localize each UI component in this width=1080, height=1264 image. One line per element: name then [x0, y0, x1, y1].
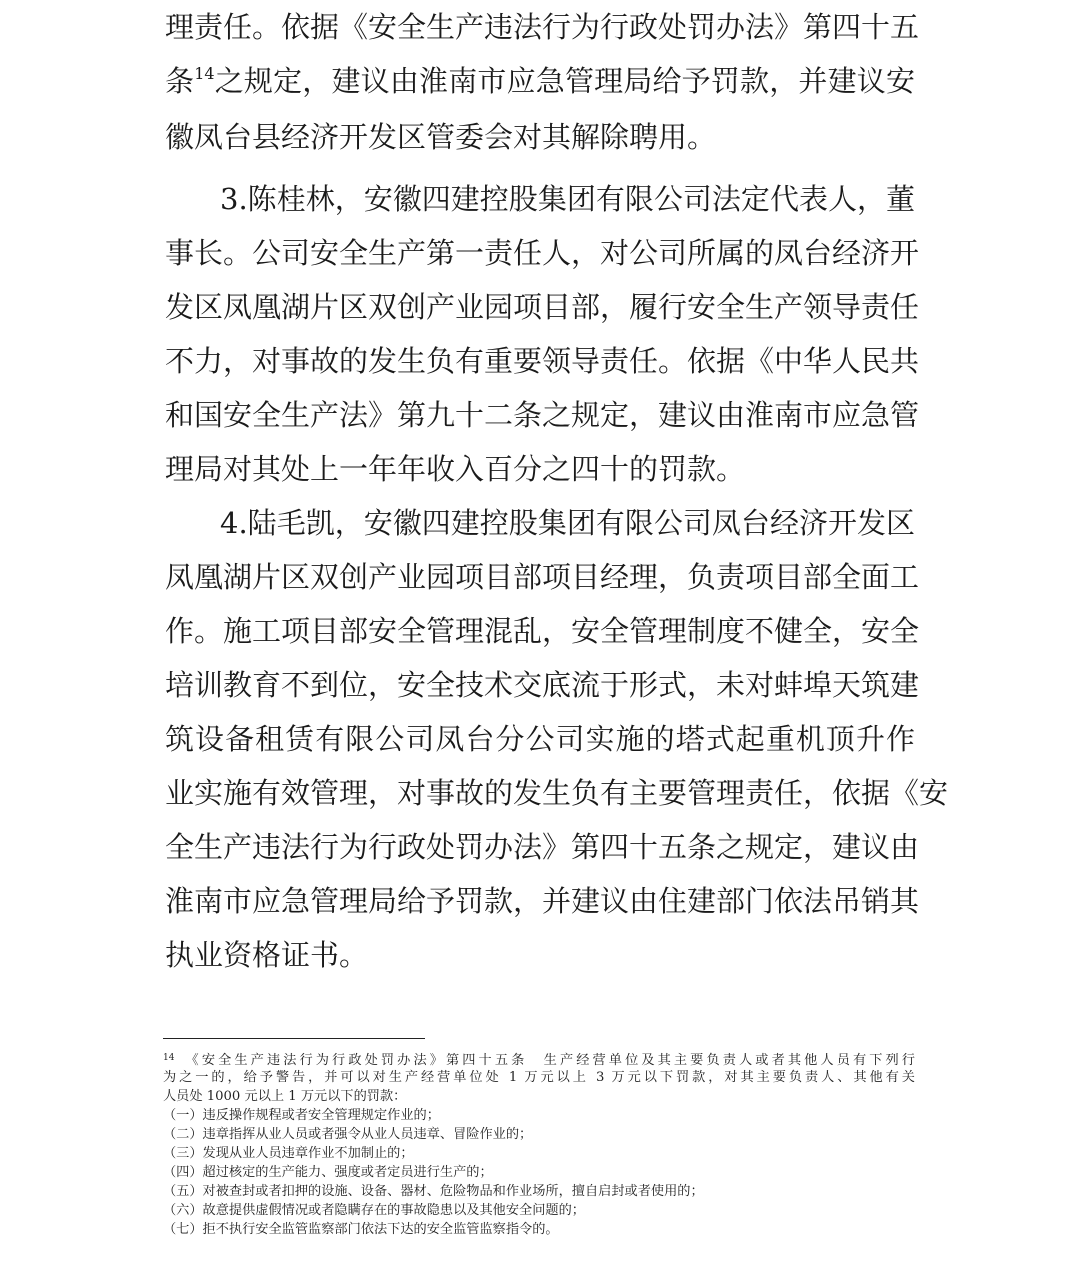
- footnote-item: （五）对被查封或者扣押的设施、设备、器材、危险物品和作业场所，擅自启封或者使用的…: [163, 1182, 915, 1201]
- footnote-item: （一）违反操作规程或者安全管理规定作业的；: [163, 1106, 915, 1125]
- body-line: 执业资格证书。: [165, 928, 915, 982]
- body-line: 培训教育不到位，安全技术交底流于形式，未对蚌埠天筑建: [165, 658, 915, 712]
- body-line: 和国安全生产法》第九十二条之规定，建议由淮南市应急管: [165, 388, 915, 442]
- body-line: 事长。公司安全生产第一责任人，对公司所属的凤台经济开: [165, 226, 915, 280]
- footnote-number: 14: [163, 1053, 174, 1063]
- footnote-divider: [163, 1038, 425, 1039]
- paragraph-4-start: 4.陆毛凯，安徽四建控股集团有限公司凤台经济开发区: [220, 496, 915, 550]
- footnote-line: 14《安全生产违法行为行政处罚办法》第四十五条 生产经营单位及其主要负责人或者其…: [163, 1049, 915, 1068]
- document-page: 理责任。依据《安全生产违法行为行政处罚办法》第四十五 条14之规定，建议由淮南市…: [0, 0, 1080, 1264]
- body-line: 徽凤台县经济开发区管委会对其解除聘用。: [165, 110, 915, 164]
- footnote-item: （二）违章指挥从业人员或者强令从业人员违章、冒险作业的；: [163, 1125, 915, 1144]
- body-line: 淮南市应急管理局给予罚款，并建议由住建部门依法吊销其: [165, 874, 915, 928]
- body-line: 业实施有效管理，对事故的发生负有主要管理责任，依据《安: [165, 766, 915, 820]
- body-line: 筑设备租赁有限公司凤台分公司实施的塔式起重机顶升作: [165, 712, 915, 766]
- body-line: 不力，对事故的发生负有重要领导责任。依据《中华人民共: [165, 334, 915, 388]
- body-line: 全生产违法行为行政处罚办法》第四十五条之规定，建议由: [165, 820, 915, 874]
- paragraph-3-start: 3.陈桂林，安徽四建控股集团有限公司法定代表人，董: [220, 172, 915, 226]
- footnote-text: 《安全生产违法行为行政处罚办法》第四十五条 生产经营单位及其主要负责人或者其他人…: [182, 1053, 915, 1068]
- footnote-reference[interactable]: 14: [194, 64, 214, 83]
- body-line: 条14之规定，建议由淮南市应急管理局给予罚款，并建议安: [165, 54, 915, 108]
- body-line: 理局对其处上一年年收入百分之四十的罚款。: [165, 442, 915, 496]
- body-line: 凤凰湖片区双创产业园项目部项目经理，负责项目部全面工: [165, 550, 915, 604]
- body-line: 理责任。依据《安全生产违法行为行政处罚办法》第四十五: [165, 0, 915, 54]
- footnote-item: （六）故意提供虚假情况或者隐瞒存在的事故隐患以及其他安全问题的；: [163, 1201, 915, 1220]
- footnote-line: 人员处 1000 元以上 1 万元以下的罚款：: [163, 1087, 915, 1106]
- body-line: 作。施工项目部安全管理混乱，安全管理制度不健全，安全: [165, 604, 915, 658]
- line-text: 条: [165, 64, 194, 98]
- line-text: 之规定，建议由淮南市应急管理局给予罚款，并建议安: [215, 64, 915, 98]
- footnote-item: （三）发现从业人员违章作业不加制止的；: [163, 1144, 915, 1163]
- footnote-item: （七）拒不执行安全监管监察部门依法下达的安全监管监察指令的。: [163, 1220, 915, 1239]
- footnote-line: 为之一的，给予警告，并可以对生产经营单位处 1 万元以上 3 万元以下罚款，对其…: [163, 1068, 915, 1087]
- footnote-item: （四）超过核定的生产能力、强度或者定员进行生产的；: [163, 1163, 915, 1182]
- body-line: 发区凤凰湖片区双创产业园项目部，履行安全生产领导责任: [165, 280, 915, 334]
